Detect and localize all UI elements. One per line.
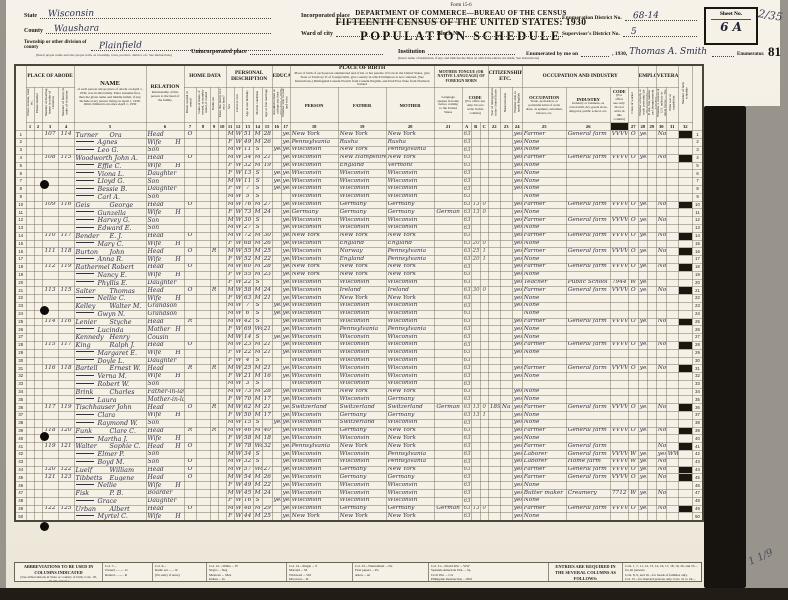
cell-home_owned — [184, 326, 196, 334]
cell-veteran: No — [656, 341, 666, 349]
given-name: Anna R. — [96, 256, 124, 264]
cell-mother_birthplace: New York — [386, 271, 434, 279]
cell-family: 117 — [58, 341, 74, 349]
given-name: Sophie C. — [108, 443, 141, 451]
cell-school: yes — [272, 178, 281, 186]
cell-code_a: 63 — [462, 373, 471, 381]
cell-war — [666, 513, 678, 521]
cell-farm-schedule — [678, 146, 692, 154]
person-row: 19Nancy E.WifeHFW55M23yesNew YorkNew Yor… — [15, 271, 703, 279]
column-number: 24 — [512, 123, 522, 131]
state-value: Wisconsin — [48, 9, 94, 20]
cell-birthplace: Wisconsin — [290, 388, 338, 396]
punch-hole — [40, 432, 49, 441]
cell-mother_birthplace: Wisconsin — [386, 279, 434, 287]
cell-marital: S — [253, 451, 262, 459]
cell-age: 52 — [242, 256, 253, 264]
cell-mother_tongue — [434, 482, 462, 490]
cell-race: W — [234, 427, 242, 435]
cell-home_owned — [184, 217, 196, 225]
cell-street — [26, 310, 34, 318]
relation-value: Son — [148, 178, 160, 185]
cell-unemp_line — [647, 217, 656, 225]
cell-line_right: 46 — [692, 482, 703, 490]
abbrev-block-5: Col. 23—Naturalized ... Na First papers … — [353, 563, 429, 581]
cell-family — [58, 279, 74, 287]
cell-line_right: 8 — [692, 185, 703, 193]
cell-code_b — [471, 318, 480, 326]
cell-occ_code: VVVV — [610, 365, 628, 373]
cell-immigration — [488, 365, 500, 373]
cell-english: yes — [512, 365, 522, 373]
cell-read_write: yes — [281, 178, 290, 186]
incorporated-line — [353, 10, 563, 19]
cell-family: 115 — [58, 154, 74, 162]
cell-occupation: None — [522, 224, 566, 232]
surname: Tischhauser — [76, 404, 115, 410]
cell-mother_birthplace: Switzerland — [386, 404, 434, 412]
cell-line: 39 — [15, 427, 26, 435]
cell-unemp_line — [647, 451, 656, 459]
cell-home_owned — [184, 497, 196, 505]
relation-header: RELATIONRelationship of this person to t… — [146, 65, 184, 123]
cell-worker_class — [628, 146, 638, 154]
column-number: 6 — [146, 123, 184, 131]
cell-english: yes — [512, 263, 522, 271]
column-number: 1 — [26, 123, 34, 131]
person-row: 30Doyle L.DaughterFW4SWisconsinWisconsin… — [15, 357, 703, 365]
cell-home_value — [196, 185, 210, 193]
cell-age: 34 — [242, 451, 253, 459]
given-name: Boyd M. — [96, 458, 125, 466]
column-number: 32 — [678, 123, 692, 131]
cell-unemp_line — [647, 271, 656, 279]
cell-line: 50 — [15, 513, 26, 521]
cell-at_work — [638, 162, 647, 170]
cell-war — [666, 232, 678, 240]
cell-immigration — [488, 279, 500, 287]
cell-immigration — [488, 334, 500, 342]
cell-line_right: 36 — [692, 404, 703, 412]
person-row: 24Gwyn N.GrandsonMW6SyesyesWisconsinWisc… — [15, 310, 703, 318]
cell-sex: M — [226, 263, 234, 271]
column-number: 3 — [42, 123, 58, 131]
cell-home_owned — [184, 310, 196, 318]
cell-school — [272, 341, 281, 349]
cell-worker_class — [628, 224, 638, 232]
occupation-industry-header: OCCUPATION AND INDUSTRY — [522, 65, 638, 88]
cell-farm-schedule — [678, 412, 692, 420]
cell-line_right: 9 — [692, 193, 703, 201]
cell-family: 116 — [58, 318, 74, 326]
header-group-row: PLACE OF ABODENAMEof each person whose p… — [15, 65, 703, 88]
cell-radio — [210, 178, 218, 186]
person-row: 8Bessie B.DaughterFW7SyesyesWisconsinWis… — [15, 185, 703, 193]
cell-sex: M — [226, 154, 234, 162]
cell-war — [666, 466, 678, 474]
cell-farm_residence — [218, 474, 226, 482]
cell-at_work — [638, 435, 647, 443]
cell-father_birthplace: Germany — [338, 209, 386, 217]
cell-street — [26, 396, 34, 404]
cell-mother_tongue: German — [434, 505, 462, 513]
cell-war — [666, 341, 678, 349]
margin-annotation: 81 — [768, 44, 781, 60]
cell-at_work — [638, 497, 647, 505]
cell-veteran — [656, 146, 666, 154]
cell-occupation: Farmer — [522, 443, 566, 451]
cell-birthplace: Wisconsin — [290, 466, 338, 474]
cell-english: yes — [512, 474, 522, 482]
cell-naturalization — [500, 248, 512, 256]
cell-father_birthplace: Wisconsin — [338, 341, 386, 349]
cell-name: Harvey G. — [74, 217, 146, 225]
cell-dwelling: 117 — [42, 404, 58, 412]
cell-radio — [210, 193, 218, 201]
cell-farm_residence — [218, 412, 226, 420]
cell-age_married — [262, 419, 272, 427]
column-number: 14 — [253, 123, 262, 131]
cell-sex: F — [226, 482, 234, 490]
cell-house — [34, 146, 42, 154]
cell-family — [58, 497, 74, 505]
surname: Fisk — [76, 490, 108, 496]
cell-dwelling — [42, 271, 58, 279]
cell-mother_birthplace: New York — [386, 513, 434, 521]
sheet-label: Sheet No. — [706, 11, 756, 17]
cell-street — [26, 380, 34, 388]
employment-sub-header-2: If not, line number on Unemployment Sche… — [647, 88, 656, 123]
cell-war — [666, 139, 678, 147]
ditto-mark — [76, 172, 94, 173]
cell-family — [58, 162, 74, 170]
cell-mother_tongue — [434, 287, 462, 295]
given-name: Elmer P. — [96, 451, 125, 459]
cell-home_owned — [184, 295, 196, 303]
cell-occ_code — [610, 178, 628, 186]
cell-school — [272, 404, 281, 412]
cell-code_b — [471, 497, 480, 505]
cell-father_birthplace: New York — [338, 232, 386, 240]
cell-mother_tongue — [434, 201, 462, 209]
cell-name: Gunzella — [74, 209, 146, 217]
cell-mother_birthplace: Germany — [386, 412, 434, 420]
cell-dwelling — [42, 490, 58, 498]
cell-street — [26, 474, 34, 482]
cell-line_right: 39 — [692, 427, 703, 435]
cell-code_c — [480, 162, 488, 170]
cell-industry: General farm — [566, 474, 610, 482]
cell-occupation: Farmer — [522, 232, 566, 240]
cell-radio — [210, 458, 218, 466]
cell-line: 9 — [15, 193, 26, 201]
cell-name: WoodworthJohn A. — [74, 154, 146, 162]
cell-read_write: yes — [281, 217, 290, 225]
column-number: 19 — [338, 123, 386, 131]
cell-code_c — [480, 458, 488, 466]
cell-farm_residence — [218, 435, 226, 443]
cell-dwelling — [42, 380, 58, 388]
cell-unemp_line — [647, 474, 656, 482]
cell-dwelling — [42, 412, 58, 420]
cell-home_value — [196, 341, 210, 349]
cell-relation: Head — [146, 466, 184, 474]
personal-sub-header-4: Marital condition — [253, 88, 262, 123]
cell-mother_tongue: German — [434, 404, 462, 412]
cell-occupation — [522, 380, 566, 388]
cell-mother_tongue — [434, 451, 462, 459]
cell-family — [58, 451, 74, 459]
cell-family: 119 — [58, 404, 74, 412]
cell-farm-schedule — [678, 435, 692, 443]
cell-dwelling — [42, 139, 58, 147]
column-number: 10 — [218, 123, 226, 131]
cell-race: W — [234, 412, 242, 420]
cell-mother_tongue — [434, 170, 462, 178]
cell-occupation: None — [522, 271, 566, 279]
cell-industry: General farm — [566, 131, 610, 139]
cell-line_right: 22 — [692, 295, 703, 303]
cell-worker_class — [628, 240, 638, 248]
cell-line: 26 — [15, 326, 26, 334]
cell-unemp_line — [647, 178, 656, 186]
cell-code_a: 63 — [462, 279, 471, 287]
cell-race: W — [234, 404, 242, 412]
cell-school — [272, 139, 281, 147]
cell-english: yes — [512, 302, 522, 310]
cell-house — [34, 201, 42, 209]
cell-naturalization — [500, 326, 512, 334]
cell-industry — [566, 334, 610, 342]
cell-street — [26, 224, 34, 232]
cell-read_write: yes — [281, 419, 290, 427]
cell-read_write — [281, 193, 290, 201]
cell-age_married: 26 — [262, 139, 272, 147]
cell-occ_code — [610, 349, 628, 357]
cell-industry: Creamery — [566, 490, 610, 498]
cell-farm-schedule — [678, 310, 692, 318]
surname: Burton — [76, 249, 108, 255]
cell-mother_birthplace: Germany — [386, 505, 434, 513]
cell-home_owned — [184, 240, 196, 248]
cell-unemp_line — [647, 334, 656, 342]
cell-line: 31 — [15, 365, 26, 373]
cell-read_write: yes — [281, 365, 290, 373]
cell-home_value — [196, 490, 210, 498]
cell-street — [26, 357, 34, 365]
cell-age: 51 — [242, 131, 253, 139]
cell-code_a: 63 — [462, 240, 471, 248]
cell-worker_class: O — [628, 131, 638, 139]
surname: Bartell — [76, 365, 108, 371]
occupation-code-header: CODE(For office use only. Do not write i… — [610, 88, 628, 123]
person-row: 50Myrtel C.WifeHFW44M25yesNew YorkNew Yo… — [15, 513, 703, 521]
cell-line: 37 — [15, 412, 26, 420]
cell-worker_class — [628, 271, 638, 279]
cell-dwelling — [42, 217, 58, 225]
cell-at_work: yes — [638, 201, 647, 209]
line-number-col-header-right — [692, 65, 703, 131]
cell-father_birthplace: New York — [338, 443, 386, 451]
ditto-mark — [76, 180, 94, 181]
cell-father_birthplace: Wisconsin — [338, 193, 386, 201]
cell-english: yes — [512, 295, 522, 303]
cell-race: W — [234, 482, 242, 490]
cell-mother_tongue — [434, 334, 462, 342]
cell-occ_code: VVVV — [610, 318, 628, 326]
cell-immigration — [488, 326, 500, 334]
cell-age: 7 — [242, 185, 253, 193]
cell-line: 23 — [15, 302, 26, 310]
cell-war — [666, 326, 678, 334]
cell-war — [666, 154, 678, 162]
cell-unemp_line — [647, 279, 656, 287]
cell-family: 121 — [58, 443, 74, 451]
person-row: 31116118BartellErnest W.HeadRRMW25M21yes… — [15, 365, 703, 373]
cell-birthplace: Wisconsin — [290, 373, 338, 381]
cell-code_a: 63 — [462, 287, 471, 295]
cell-sex: F — [226, 497, 234, 505]
cell-occ_code — [610, 139, 628, 147]
cell-house — [34, 248, 42, 256]
cell-at_work — [638, 178, 647, 186]
cell-unemp_line — [647, 185, 656, 193]
cell-marital: M — [253, 341, 262, 349]
cell-school — [272, 287, 281, 295]
cell-school — [272, 349, 281, 357]
cell-read_write: yes — [281, 443, 290, 451]
personal-sub-header-1: Sex — [226, 88, 234, 123]
ditto-mark — [76, 461, 94, 462]
cell-code_a: 63 — [462, 201, 471, 209]
cell-farm-schedule — [678, 185, 692, 193]
cell-age_married: 25 — [262, 248, 272, 256]
cell-immigration — [488, 302, 500, 310]
cell-street — [26, 497, 34, 505]
cell-line_right: 25 — [692, 318, 703, 326]
cell-code_b — [471, 380, 480, 388]
cell-code_b — [471, 185, 480, 193]
cell-naturalization: Na — [500, 404, 512, 412]
cell-code_a: 63 — [462, 302, 471, 310]
cell-occupation: Farmer — [522, 217, 566, 225]
cell-house — [34, 326, 42, 334]
cell-immigration — [488, 240, 500, 248]
cell-code_c — [480, 263, 488, 271]
cell-birthplace: Wisconsin — [290, 419, 338, 427]
cell-industry — [566, 388, 610, 396]
cell-mother_birthplace: Wisconsin — [386, 310, 434, 318]
given-name: P. B. — [108, 490, 124, 498]
cell-name: TurnerOra — [74, 131, 146, 139]
cell-father_birthplace: New Hampshire — [338, 154, 386, 162]
education-sub-header-1: Attended school or college any time sinc… — [272, 88, 281, 123]
cell-farm_residence — [218, 185, 226, 193]
cell-worker_class — [628, 513, 638, 521]
cell-at_work — [638, 224, 647, 232]
cell-family — [58, 170, 74, 178]
cell-street — [26, 490, 34, 498]
cell-home_owned — [184, 146, 196, 154]
cell-unemp_line — [647, 240, 656, 248]
line-number-col-header — [15, 65, 26, 131]
cell-birthplace: Wisconsin — [290, 170, 338, 178]
cell-code_a: 63 — [462, 162, 471, 170]
cell-read_write: yes — [281, 240, 290, 248]
cell-age_married: 21 — [262, 365, 272, 373]
cell-farm_residence — [218, 513, 226, 521]
block-label: Block No. — [437, 31, 462, 37]
cell-age: 78 — [242, 443, 253, 451]
relation-value: Head — [148, 466, 164, 473]
cell-veteran — [656, 295, 666, 303]
cell-occupation: Farmer — [522, 341, 566, 349]
cell-read_write: yes — [281, 497, 290, 505]
form-number: Form 15-6 — [261, 3, 661, 8]
cell-farm_residence — [218, 451, 226, 459]
cell-mother_birthplace: New York — [386, 466, 434, 474]
cell-street — [26, 185, 34, 193]
cell-code_b — [471, 396, 480, 404]
supervisor-district-line: 5 — [623, 28, 697, 37]
cell-age: 49 — [242, 482, 253, 490]
relation-value: Son — [148, 146, 160, 153]
cell-at_work — [638, 513, 647, 521]
cell-read_write: yes — [281, 263, 290, 271]
relation-value: Head — [148, 365, 164, 372]
given-name: Lloyd G. — [96, 178, 125, 186]
cell-line: 19 — [15, 271, 26, 279]
cell-code_b — [471, 279, 480, 287]
cell-veteran — [656, 256, 666, 264]
column-number: 25 — [522, 123, 566, 131]
cell-name: Doyle L. — [74, 357, 146, 365]
cell-read_write: yes — [281, 474, 290, 482]
cell-mother_birthplace: Wisconsin — [386, 497, 434, 505]
cell-street — [26, 482, 34, 490]
cell-mother_birthplace: England — [386, 240, 434, 248]
cell-mother_birthplace: Wisconsin — [386, 170, 434, 178]
cell-code_c — [480, 341, 488, 349]
cell-home_owned: O — [184, 263, 196, 271]
cell-code_a: 63 — [462, 349, 471, 357]
cell-race: W — [234, 466, 242, 474]
cell-line: 25 — [15, 318, 26, 326]
cell-at_work — [638, 170, 647, 178]
cell-read_write: yes — [281, 334, 290, 342]
county-line: Waushara — [46, 25, 271, 34]
cell-father_birthplace: Wisconsin — [338, 435, 386, 443]
cell-code_a: 63 — [462, 154, 471, 162]
cell-name: Lucinda — [74, 326, 146, 334]
cell-worker_class — [628, 185, 638, 193]
cell-race: W — [234, 334, 242, 342]
cell-read_write: yes — [281, 146, 290, 154]
cell-home_owned: O — [184, 474, 196, 482]
cell-line_right: 13 — [692, 224, 703, 232]
cell-birthplace: Wisconsin — [290, 334, 338, 342]
cell-mother_tongue — [434, 388, 462, 396]
cell-mother_tongue — [434, 427, 462, 435]
cell-street — [26, 451, 34, 459]
education-sub-header-2: Whether able to read and write — [281, 88, 290, 123]
cell-mother_tongue — [434, 466, 462, 474]
cell-line: 1 — [15, 131, 26, 139]
home-sub-header-2: Value of home, if owned, or monthly rent… — [196, 88, 210, 123]
cell-relation: Daughter — [146, 185, 184, 193]
cell-occ_code: 7944 — [610, 279, 628, 287]
cell-read_write: yes — [281, 310, 290, 318]
